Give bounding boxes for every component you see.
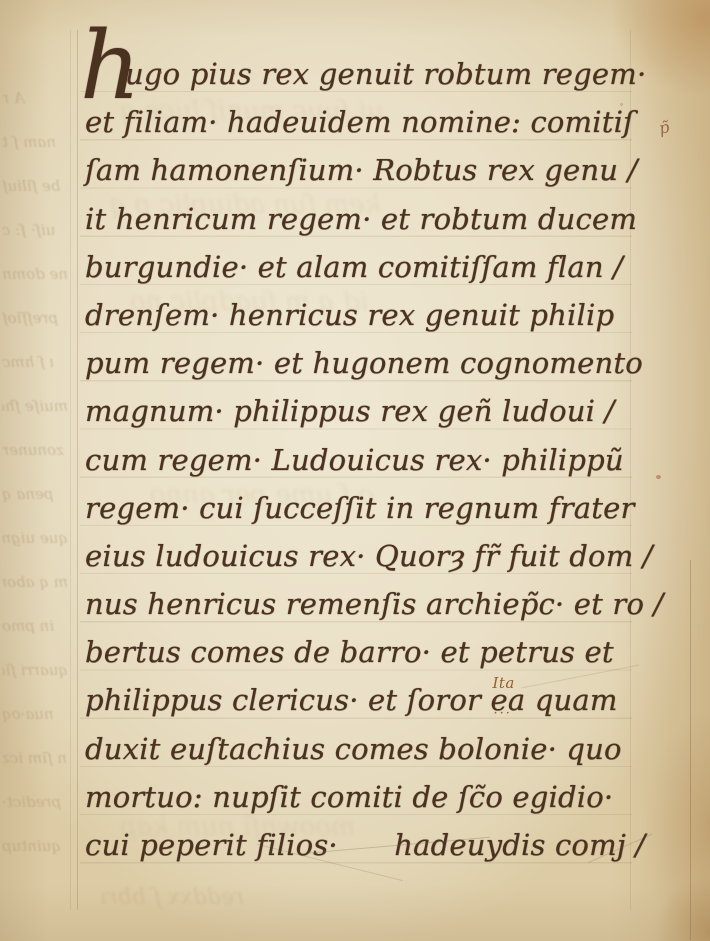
- text-line-8: magnum· philippus rex geñ ludoui /: [85, 387, 645, 435]
- bleedthrough-line: A r: [2, 76, 68, 120]
- bottom-faint-inscription: reddxx ſ bbrı: [100, 885, 244, 910]
- ink-speck: [620, 103, 623, 106]
- bleedthrough-line: uiſ· ſ: c: [2, 208, 68, 252]
- bleedthrough-line: ne domm: [2, 252, 68, 296]
- bleedthrough-line: be ſiliuſ: [2, 164, 68, 208]
- text-line-6: drenſem· henricus rex genuit philip: [85, 291, 645, 339]
- text-segment: philippus clericus· et ſoror: [85, 683, 490, 717]
- corrected-word-wrap: Itaea···: [490, 676, 525, 724]
- text-line-9: cum regem· Ludouicus rex· philippũ: [85, 436, 645, 484]
- ink-speck: [656, 475, 661, 479]
- bleedthrough-line: muiſe ſho: [2, 384, 68, 428]
- text-line-3: ſam hamonenſium· Robtus rex genu /: [85, 146, 645, 194]
- bleedthrough-line: quarri ſic: [2, 648, 68, 692]
- bleedthrough-line: nua·oq: [2, 692, 68, 736]
- ruling-line-vertical: [70, 30, 71, 910]
- text-line-5: burgundie· et alam comitiſſam flan /: [85, 243, 645, 291]
- text-line-1: ugo pius rex genuit robtum regem·: [85, 50, 645, 98]
- manuscript-page: A r nam ſ t be ſiliuſ uiſ· ſ: c ne domm …: [0, 0, 710, 941]
- page-edge-crease: [690, 560, 691, 940]
- text-line-7: pum regem· et hugonem cognomento: [85, 339, 645, 387]
- marginal-ink-mark: p̃: [657, 117, 671, 138]
- bleedthrough-line: m q abor: [2, 560, 68, 604]
- bleedthrough-line: quintup: [2, 824, 68, 868]
- ink-speck: [159, 71, 162, 74]
- text-line-16: mortuo: nupſit comiti de ſc̃o egidio·: [85, 773, 645, 821]
- bleedthrough-line: que uigm: [2, 516, 68, 560]
- bleedthrough-line: pena q: [2, 472, 68, 516]
- text-line-11: eius ludouicus rex· Quorȝ fr̃ fuit dom /: [85, 532, 645, 580]
- text-line-17: cui peperit filios· hadeuydis comj /: [85, 821, 645, 869]
- text-line-10: regem· cui ſucceſſit in regnum frater: [85, 484, 645, 532]
- text-line-13: bertus comes de barro· et petrus et: [85, 628, 645, 676]
- bleedthrough-line: in pmo: [2, 604, 68, 648]
- bleedthrough-line: nam ſ t: [2, 120, 68, 164]
- text-line-14: philippus clericus· et ſoror Itaea··· qu…: [85, 676, 645, 724]
- expunction-dots: ···: [493, 690, 511, 738]
- text-line-2: et filiam· hadeuidem nomine: comitiſ: [85, 98, 645, 146]
- ink-speck: [232, 72, 235, 75]
- main-text-block: ugo pius rex genuit robtum regem· et fil…: [85, 50, 645, 869]
- bleedthrough-line: zonuner: [2, 428, 68, 472]
- text-line-12: nus henricus remenſis archiep̃c· et ro /: [85, 580, 645, 628]
- bleedthrough-left-margin: A r nam ſ t be ſiliuſ uiſ· ſ: c ne domm …: [2, 76, 68, 868]
- bleedthrough-line: ı ſ hmc: [2, 340, 68, 384]
- text-line-4: it henricum regem· et robtum ducem: [85, 195, 645, 243]
- bleedthrough-line: predict·: [2, 780, 68, 824]
- bleedthrough-line: preſſioſ: [2, 296, 68, 340]
- bleedthrough-line: n ſim icz: [2, 736, 68, 780]
- text-segment: quam: [525, 683, 617, 717]
- text-line-15: duxit euſtachius comes bolonie· quo: [85, 725, 645, 773]
- ruling-line-vertical: [77, 30, 78, 910]
